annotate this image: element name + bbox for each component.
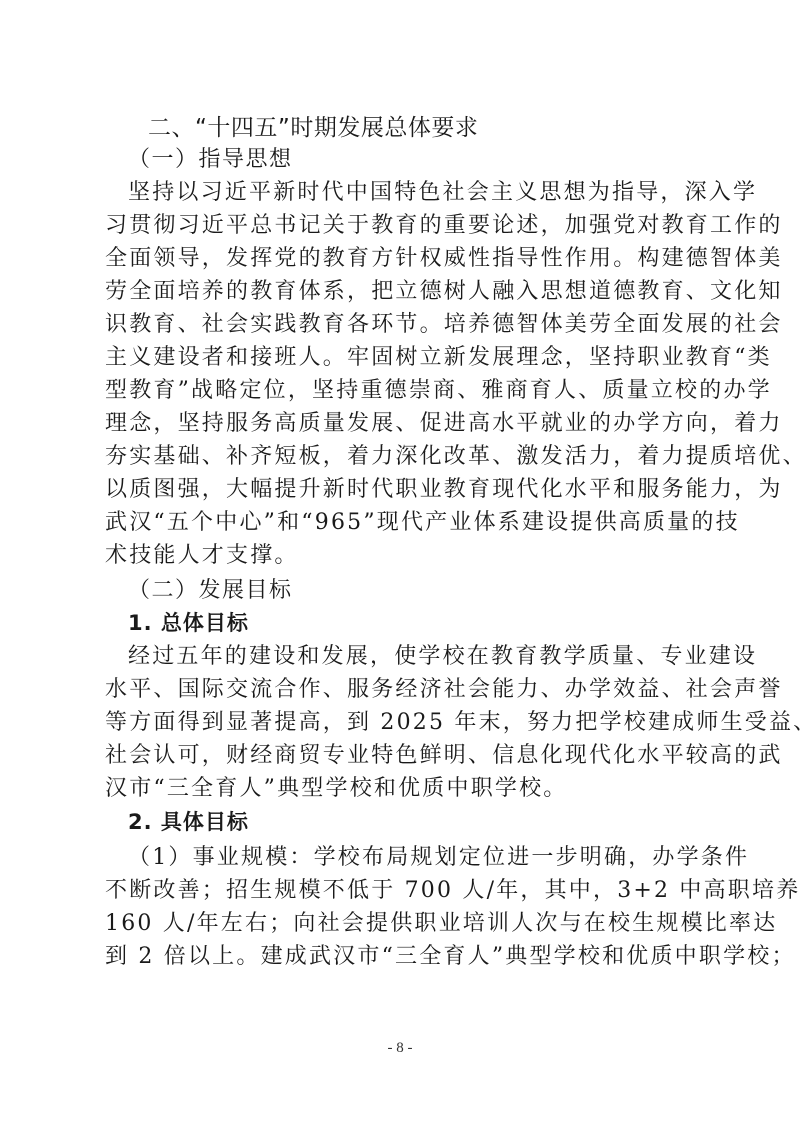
paragraph-line: 到 2 倍以上。建成武汉市“三全育人”典型学校和优质中职学校； <box>105 940 697 973</box>
paragraph-line: 等方面得到显著提高，到 2025 年末，努力把学校建成师生受益、 <box>105 706 697 739</box>
goal-heading-overall: 1. 总体目标 <box>128 607 249 640</box>
paragraph-line: 160 人/年左右；向社会提供职业培训人次与在校生规模比率达 <box>105 907 697 940</box>
paragraph-line: 武汉“五个中心”和“965”现代产业体系建设提供高质量的技 <box>105 506 697 539</box>
paragraph-line: 主义建设者和接班人。牢固树立新发展理念，坚持职业教育“类 <box>105 341 697 374</box>
paragraph-line: 坚持以习近平新时代中国特色社会主义思想为指导，深入学 <box>128 176 697 209</box>
document-page: 二、“十四五”时期发展总体要求 （一）指导思想 坚持以习近平新时代中国特色社会主… <box>0 0 800 1131</box>
paragraph-line: 经过五年的建设和发展，使学校在教育教学质量、专业建设 <box>128 640 697 673</box>
paragraph-line: 以质图强，大幅提升新时代职业教育现代化水平和服务能力，为 <box>105 473 697 506</box>
paragraph-line: 汉市“三全育人”典型学校和优质中职学校。 <box>105 772 568 805</box>
paragraph-line: （1）事业规模：学校布局规划定位进一步明确，办学条件 <box>128 841 697 874</box>
paragraph-line: 不断改善；招生规模不低于 700 人/年，其中，3+2 中高职培养 <box>105 874 697 907</box>
subsection-heading-development-goals: （二）发展目标 <box>128 574 293 607</box>
goal-heading-specific: 2. 具体目标 <box>128 806 249 839</box>
paragraph-line: 理念，坚持服务高质量发展、促进高水平就业的办学方向，着力 <box>105 407 697 440</box>
page-number: - 8 - <box>0 1040 800 1057</box>
paragraph-line: 劳全面培养的教育体系，把立德树人融入思想道德教育、文化知 <box>105 275 697 308</box>
paragraph-line: 水平、国际交流合作、服务经济社会能力、办学效益、社会声誉 <box>105 673 697 706</box>
paragraph-line: 术技能人才支撑。 <box>105 539 299 572</box>
section-heading: 二、“十四五”时期发展总体要求 <box>148 112 478 145</box>
paragraph-line: 型教育”战略定位，坚持重德崇商、雅商育人、质量立校的办学 <box>105 374 697 407</box>
paragraph-line: 社会认可，财经商贸专业特色鲜明、信息化现代化水平较高的武 <box>105 739 697 772</box>
subsection-heading-guiding-ideology: （一）指导思想 <box>128 143 293 176</box>
paragraph-line: 识教育、社会实践教育各环节。培养德智体美劳全面发展的社会 <box>105 308 697 341</box>
paragraph-line: 夯实基础、补齐短板，着力深化改革、激发活力，着力提质培优、 <box>105 440 697 473</box>
paragraph-line: 全面领导，发挥党的教育方针权威性指导性作用。构建德智体美 <box>105 242 697 275</box>
paragraph-line: 习贯彻习近平总书记关于教育的重要论述，加强党对教育工作的 <box>105 209 697 242</box>
